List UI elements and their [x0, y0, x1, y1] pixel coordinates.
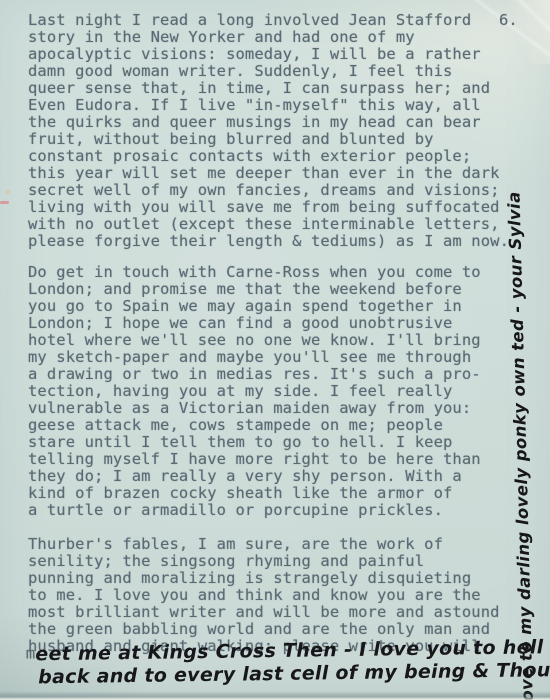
paper-edge-mark-pink	[0, 201, 9, 204]
letter-page: 6. Last night I read a long involved Jea…	[0, 0, 550, 700]
letter-paragraph-2: Do get in touch with Carne-Ross when you…	[28, 264, 536, 519]
letter-paragraph-1: Last night I read a long involved Jean S…	[28, 12, 536, 250]
paper-bottom-edge	[0, 691, 550, 700]
handwritten-postscript: meet me at Kings Cross Then - I love you…	[26, 637, 527, 689]
paper-edge-mark-dot	[5, 190, 10, 194]
